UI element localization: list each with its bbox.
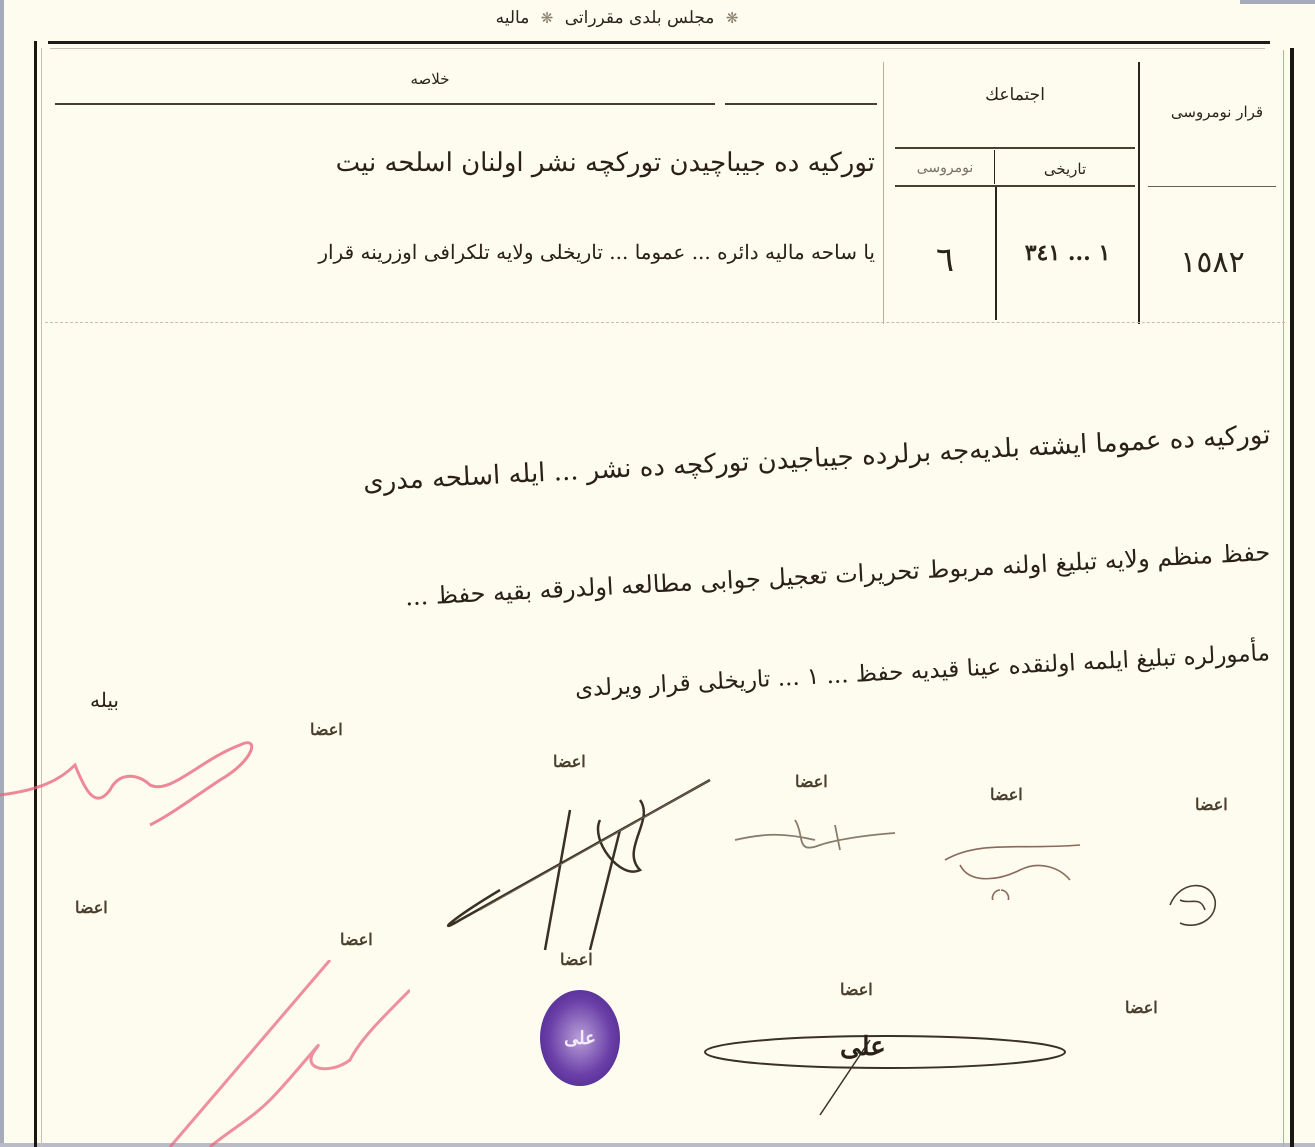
signature-mark — [1160, 875, 1220, 935]
body-line: بیله — [90, 688, 119, 712]
signature-name-ali: علی — [840, 1032, 886, 1062]
summary-line: یا ساحه مالیه دائره ... عموما ... تاریخل… — [318, 240, 875, 264]
column-divider — [883, 62, 884, 324]
frame-border — [41, 48, 42, 1147]
meeting-number-header: نومروسی — [895, 160, 995, 176]
member-label: اعضا — [840, 980, 873, 999]
signature-hasan — [440, 770, 730, 960]
ornament-icon: ❋ — [541, 9, 554, 27]
signature-ali — [700, 1020, 1080, 1120]
summary-line: توركیه ده جیباچیدن توركچه نشر اولنان اسل… — [336, 148, 875, 178]
frame-border — [50, 48, 1265, 49]
divider — [895, 185, 1135, 187]
meeting-number-value: ٦ — [905, 240, 985, 280]
header-note: مالیه — [496, 8, 530, 28]
seal-text: علی — [564, 1028, 596, 1049]
signature-red-bottom — [150, 960, 410, 1147]
frame-border — [1283, 50, 1284, 1147]
member-label: اعضا — [1125, 998, 1158, 1017]
column-divider — [1138, 62, 1140, 324]
scan-edge — [1240, 0, 1315, 4]
divider — [55, 103, 715, 105]
member-label: اعضا — [553, 752, 586, 771]
signature-salih — [940, 830, 1120, 900]
column-divider — [994, 150, 995, 184]
body-line: توركیه ده عموما ایشته بلدیه‌جه برلرده جی… — [362, 420, 1271, 497]
decision-header: قرار نومروسی — [1162, 100, 1272, 124]
document-header: ❋ مجلس بلدی مقرراتی ❋ مالیه — [400, 0, 840, 36]
scan-edge — [0, 0, 4, 1147]
ornament-icon: ❋ — [726, 9, 739, 27]
official-seal: علی — [540, 990, 620, 1086]
member-label: اعضا — [795, 772, 828, 791]
divider — [725, 103, 877, 105]
divider — [1148, 186, 1276, 187]
summary-header: خلاصه — [380, 70, 480, 88]
meeting-header: اجتماعك — [940, 85, 1090, 105]
frame-border — [1290, 48, 1294, 1147]
member-label: اعضا — [990, 785, 1023, 804]
signature-mustafa — [725, 805, 905, 865]
divider — [895, 147, 1135, 149]
body-line: مأمورلره تبلیغ ایلمه اولنقده عینا قیدیه … — [574, 640, 1270, 702]
column-divider — [995, 187, 997, 320]
signature-red — [0, 720, 270, 830]
divider — [45, 322, 1285, 323]
frame-border — [48, 41, 1270, 44]
meeting-date-header: تاریخی — [1005, 160, 1125, 178]
header-title: مجلس بلدی مقرراتی — [565, 8, 715, 28]
decision-number-value: ١٥٨٢ — [1150, 245, 1275, 280]
body-line: حفظ منظم ولایه تبلیغ اولنه مربوط تحریرات… — [404, 538, 1270, 611]
frame-border — [34, 41, 37, 1147]
member-label: اعضا — [75, 898, 108, 917]
member-label: اعضا — [340, 930, 373, 949]
member-label: اعضا — [1195, 795, 1228, 814]
member-label: اعضا — [310, 720, 343, 739]
meeting-date-value: ١ ... ٣٤١ — [1005, 240, 1130, 266]
